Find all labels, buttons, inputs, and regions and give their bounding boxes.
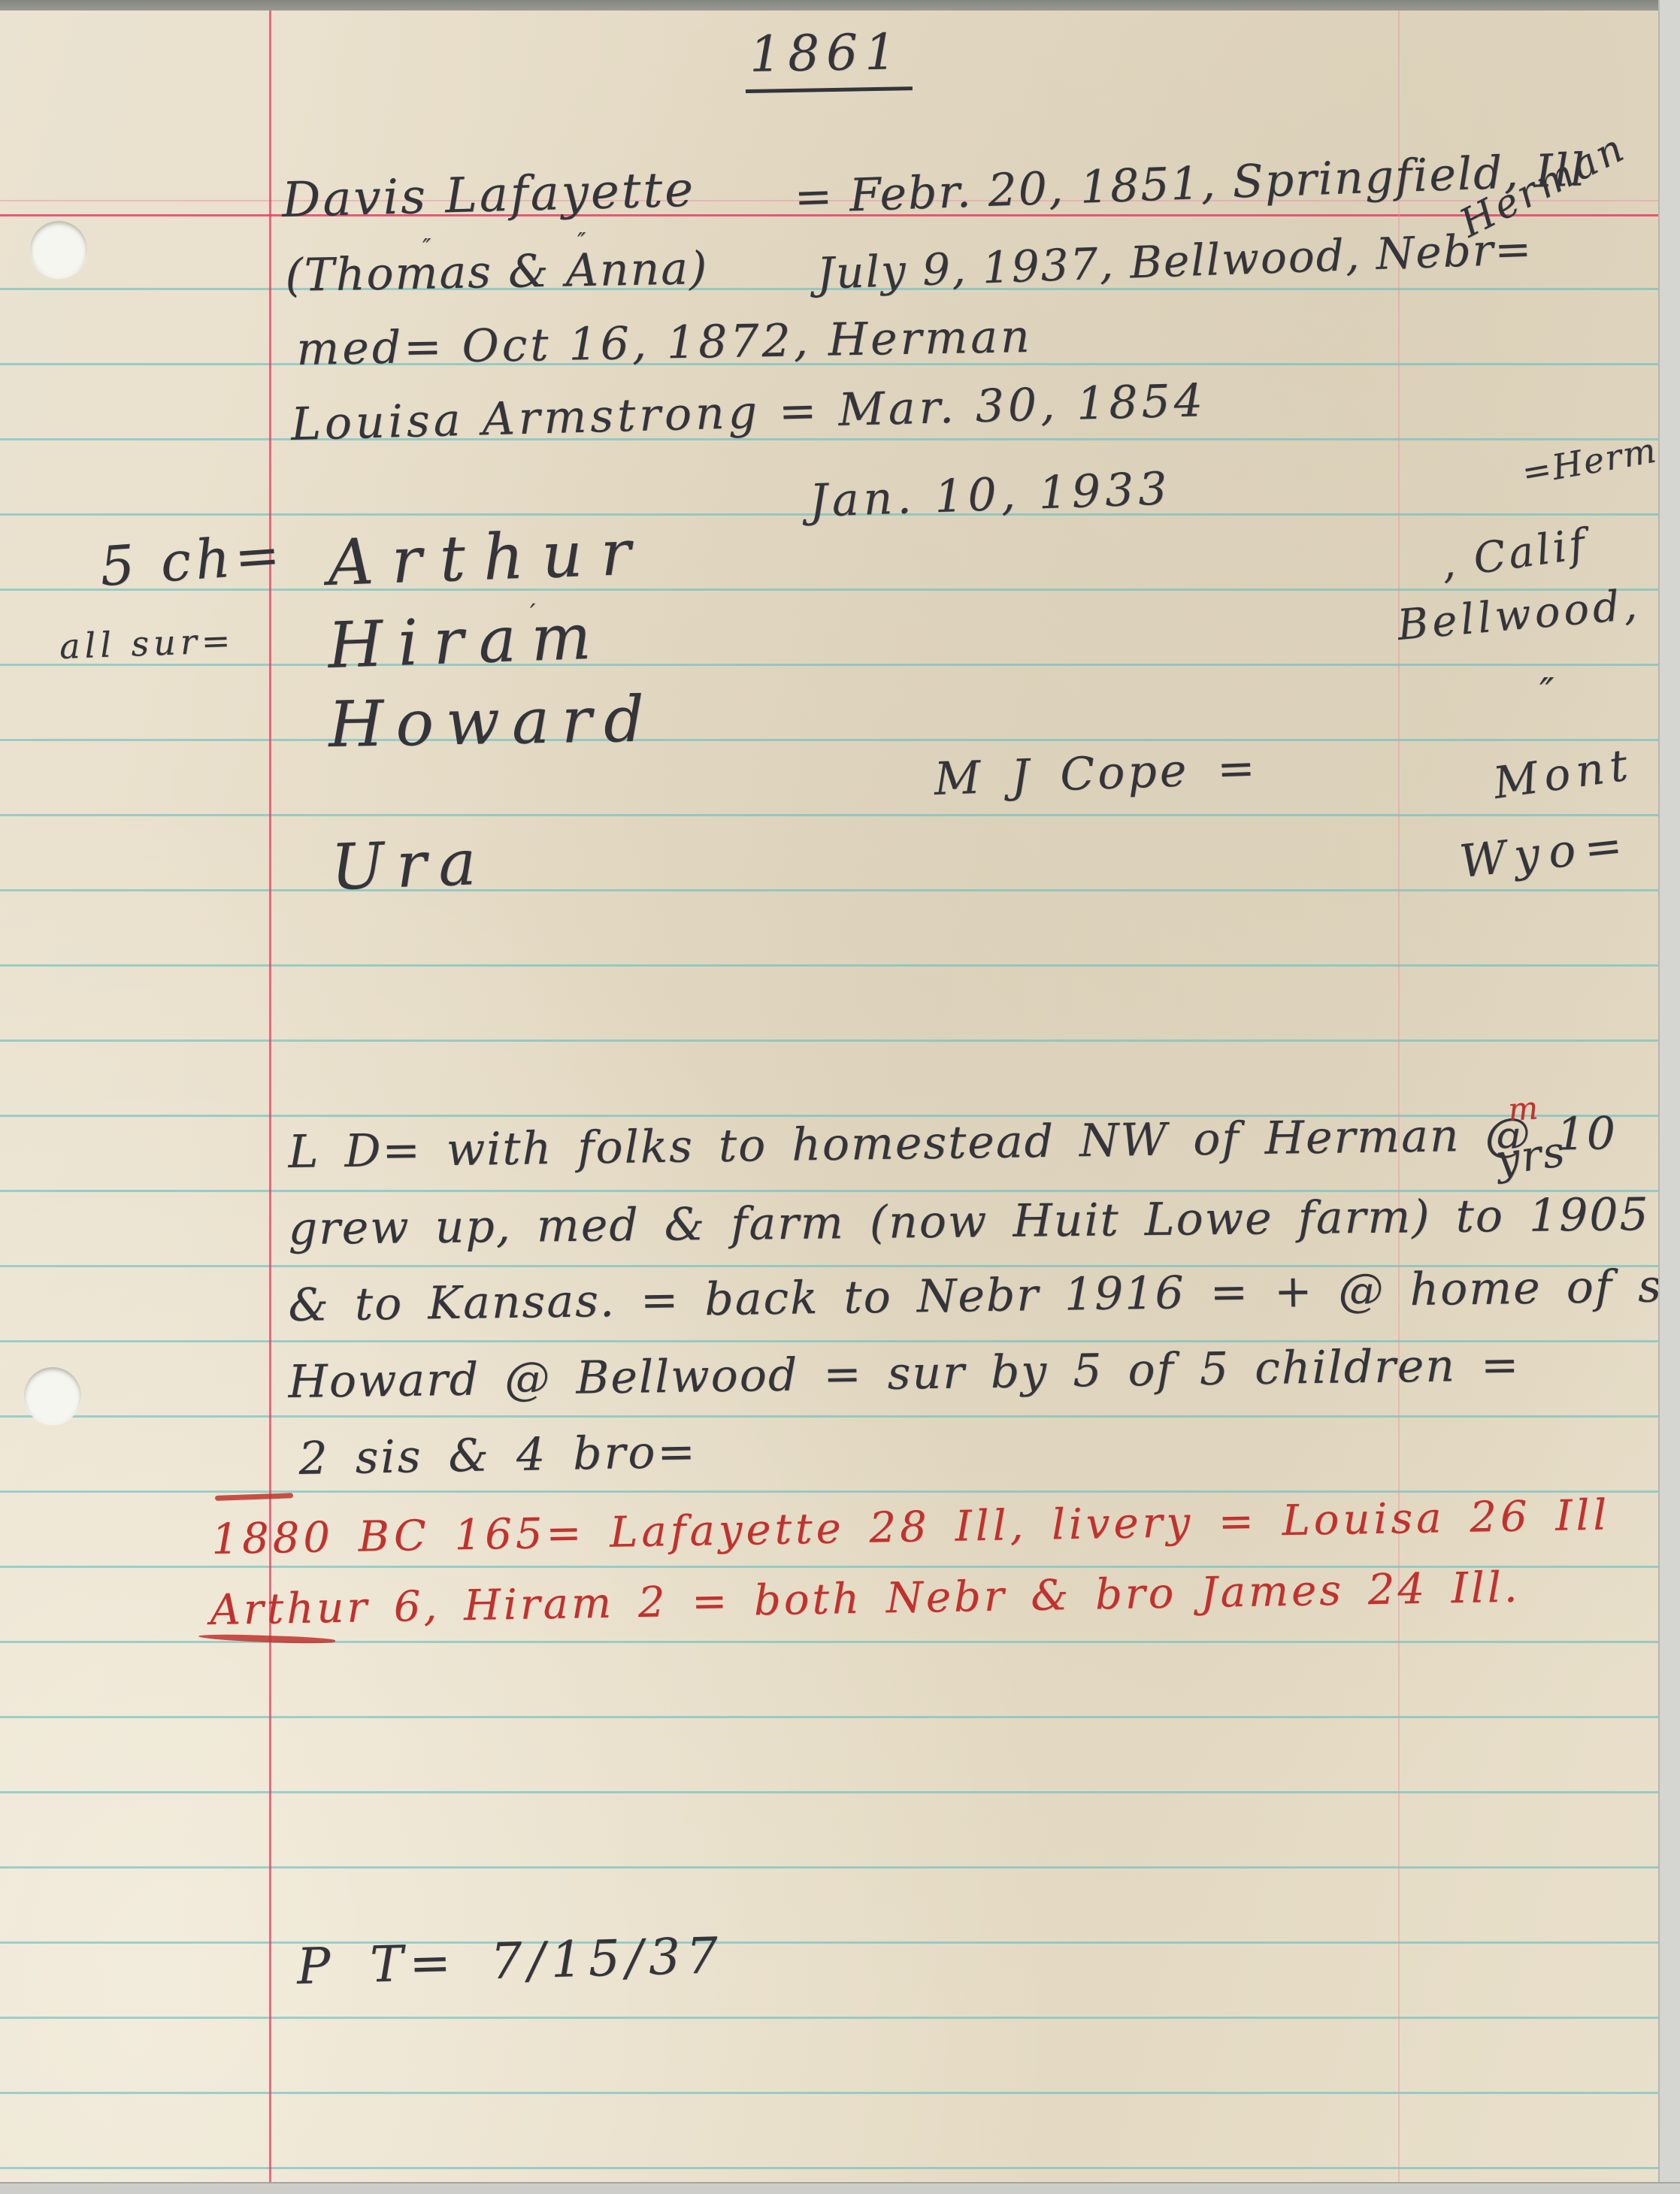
footer-date-note: P T= 7/15/37 [296, 1926, 725, 1996]
scan-edge-top [0, 0, 1680, 11]
page-title: 1861 [744, 23, 913, 93]
husband-name: Davis Lafayette [281, 162, 696, 228]
children-count-label: 5 ch= [98, 522, 286, 598]
right-margin-line [1398, 0, 1400, 2185]
scan-edge-bottom [0, 2182, 1680, 2194]
scan-edge-right [1658, 0, 1680, 2194]
scanned-notebook-page: 1861 Davis Lafayette = Febr. 20, 1851, S… [0, 0, 1680, 2194]
left-margin-line [269, 0, 271, 2185]
punch-hole-top [30, 221, 87, 278]
punch-hole-bottom [24, 1367, 81, 1424]
all-surviving-label: all sur= [59, 620, 235, 667]
child-name-hiram: Hiram [327, 599, 607, 682]
parents-names: (Thomas & Anna) [285, 242, 709, 302]
parents-superscript-mark-1: ″ [422, 235, 431, 261]
residence-ditto-mark: ″ [1539, 670, 1554, 716]
child-name-howard: Howard [328, 682, 656, 761]
child-name-arthur: Arthur [327, 515, 650, 600]
bio-red-insert-m: m [1507, 1089, 1539, 1128]
child-name-ura: Ura [330, 825, 489, 904]
parents-superscript-mark-2: ″ [577, 228, 586, 255]
bio-line-1-end: yrs [1493, 1127, 1569, 1185]
bio-line-5: 2 sis & 4 bro= [298, 1426, 698, 1485]
hiram-accent-mark: ′ [530, 598, 535, 627]
